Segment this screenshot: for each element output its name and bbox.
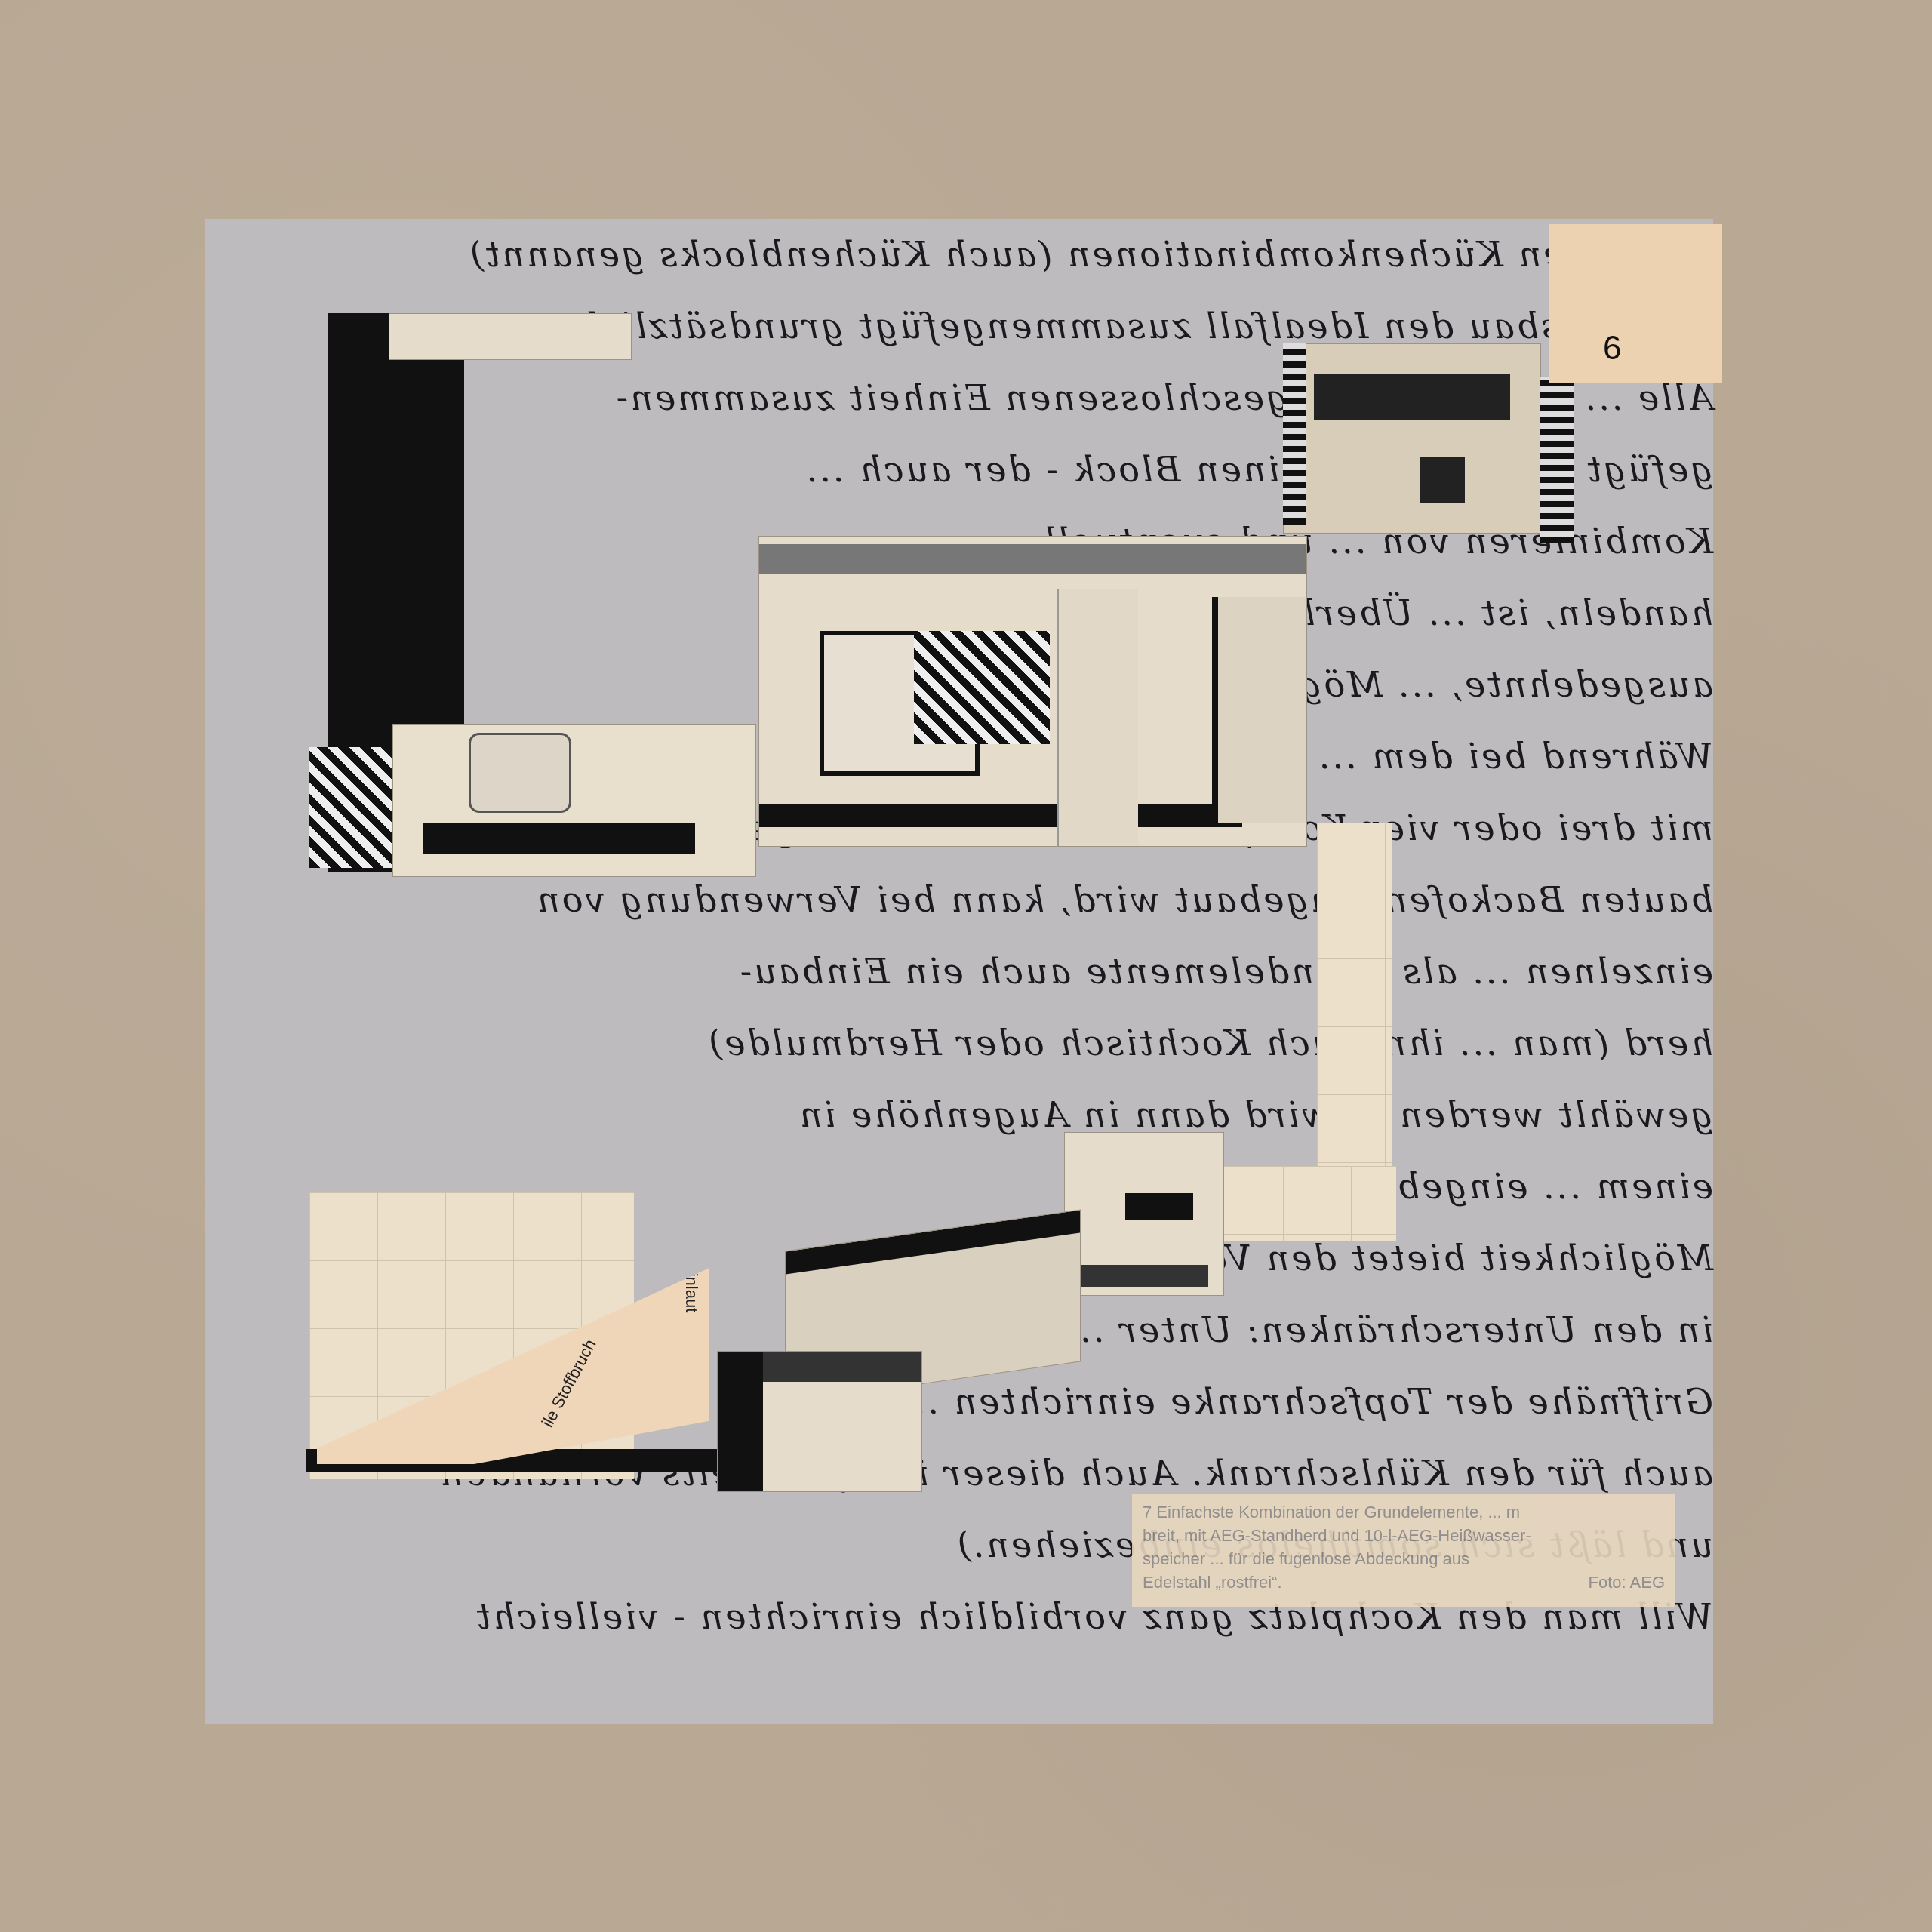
photo-credit: Foto: AEG — [1589, 1571, 1666, 1594]
caption-line: speicher ... für die fugenlose Abdeckung… — [1143, 1547, 1665, 1571]
map-label: ile Stoffbruch — [537, 1336, 600, 1430]
caption-line: 7 Einfachste Kombination der Grundelemen… — [1143, 1500, 1665, 1524]
handwriting-line: herd (man ... ihm auch Kochtisch oder He… — [205, 1023, 1713, 1063]
clipping-stove-top — [392, 724, 756, 877]
clipping-tile-strip-horizontal — [1215, 1166, 1396, 1241]
handwriting-line: modernen Küchenkombinationen (auch Küche… — [205, 234, 1713, 275]
lattice-border-left — [1283, 343, 1306, 525]
handwriting-line: gewählt werden ... wird dann in Augenhöh… — [205, 1094, 1713, 1135]
fabric-pattern — [914, 631, 1050, 744]
page-number-tag: 6 — [1549, 224, 1722, 383]
pot-shape — [469, 733, 571, 813]
photo-caption-clipping: 7 Einfachste Kombination der Grundelemen… — [1132, 1494, 1675, 1607]
open-cabinet-door — [1057, 589, 1138, 846]
clipping-sink-cabinet — [717, 1351, 922, 1492]
lattice-border-right — [1540, 377, 1574, 543]
clipping-kitchen-cabinet — [758, 536, 1307, 847]
clipping-pattern-swatch — [309, 747, 392, 868]
clipping-house-photo — [1283, 343, 1541, 534]
caption-line: Edelstahl „rostfrei“. — [1143, 1571, 1282, 1594]
clipping-top-strip — [389, 313, 632, 360]
clipping-tile-strip-vertical — [1317, 823, 1392, 1177]
handwriting-line: bauten Backofen eingebaut wird, kann bei… — [205, 879, 1713, 920]
clipping-oven — [1064, 1132, 1224, 1296]
handwriting-line: einzelnen ... als Grundelemente auch ein… — [205, 951, 1713, 992]
stove-unit — [1212, 597, 1307, 823]
caption-line: breit, mit AEG-Standherd und 10-l-AEG-He… — [1143, 1524, 1665, 1547]
page-number: 6 — [1603, 330, 1621, 368]
